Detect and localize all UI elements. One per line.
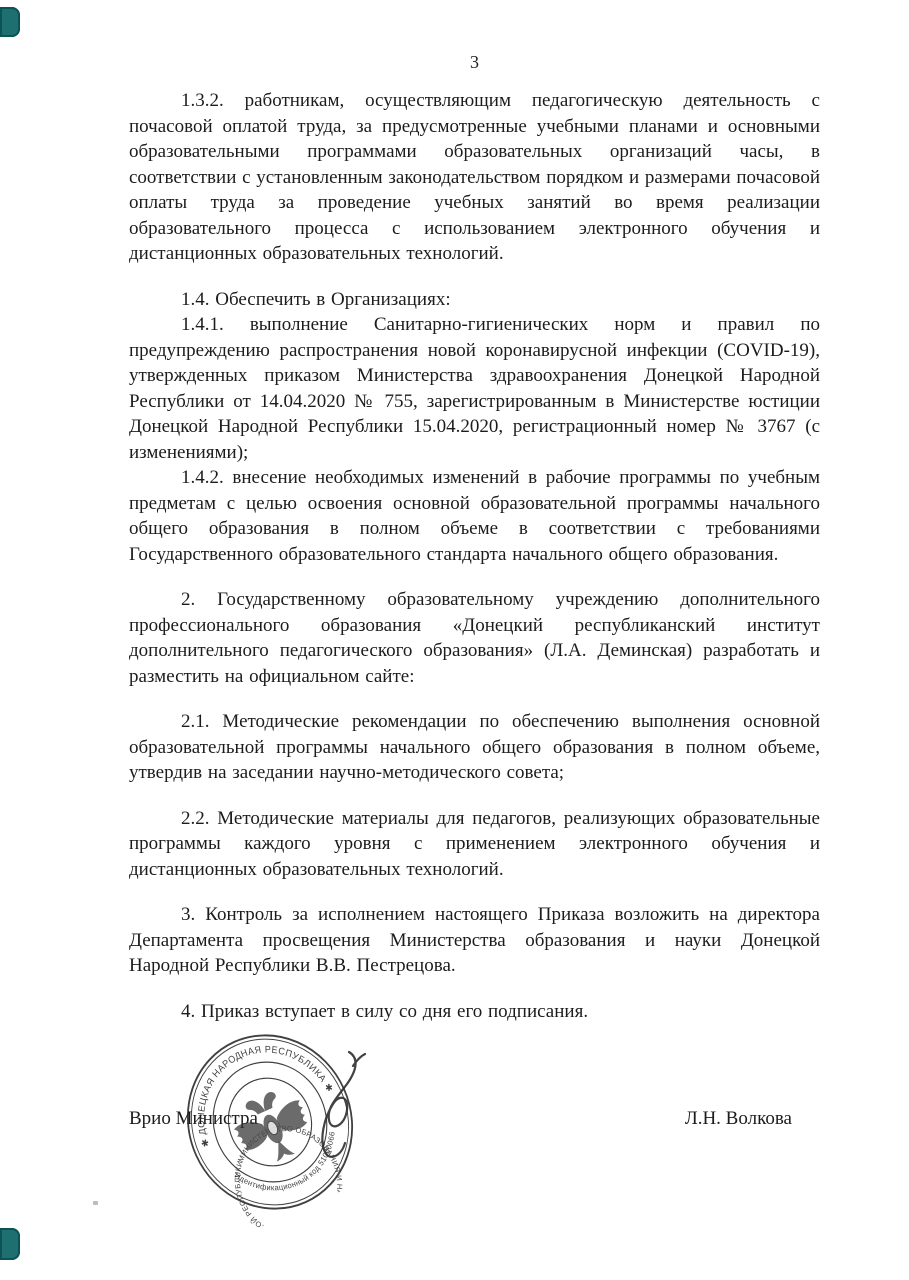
paragraph-1-4-1: 1.4.1. выполнение Санитарно-гигиенически…: [129, 312, 820, 465]
paragraph-2-2: 2.2. Методические материалы для педагого…: [129, 806, 820, 883]
paragraph-1-3-2: 1.3.2. работникам, осуществляющим педаго…: [129, 88, 820, 267]
page-number: 3: [129, 52, 820, 73]
document-body: 1.3.2. работникам, осуществляющим педаго…: [129, 88, 820, 1024]
handwritten-signature: [303, 1046, 373, 1181]
scanner-corner-mark-top: [0, 7, 20, 37]
paragraph-2-1: 2.1. Методические рекомендации по обеспе…: [129, 709, 820, 786]
paragraph-3: 3. Контроль за исполнением настоящего Пр…: [129, 902, 820, 979]
scanned-document-page: 3 1.3.2. работникам, осуществляющим педа…: [0, 0, 909, 1280]
scanner-corner-mark-bottom: [0, 1228, 20, 1260]
paragraph-2: 2. Государственному образовательному учр…: [129, 587, 820, 689]
paragraph-4: 4. Приказ вступает в силу со дня его под…: [129, 999, 820, 1025]
paragraph-1-4-2: 1.4.2. внесение необходимых изменений в …: [129, 465, 820, 567]
paragraph-1-4: 1.4. Обеспечить в Организациях:: [129, 287, 820, 313]
scan-noise-dot: [93, 1201, 98, 1205]
minister-name-label: Л.Н. Волкова: [685, 1106, 820, 1132]
